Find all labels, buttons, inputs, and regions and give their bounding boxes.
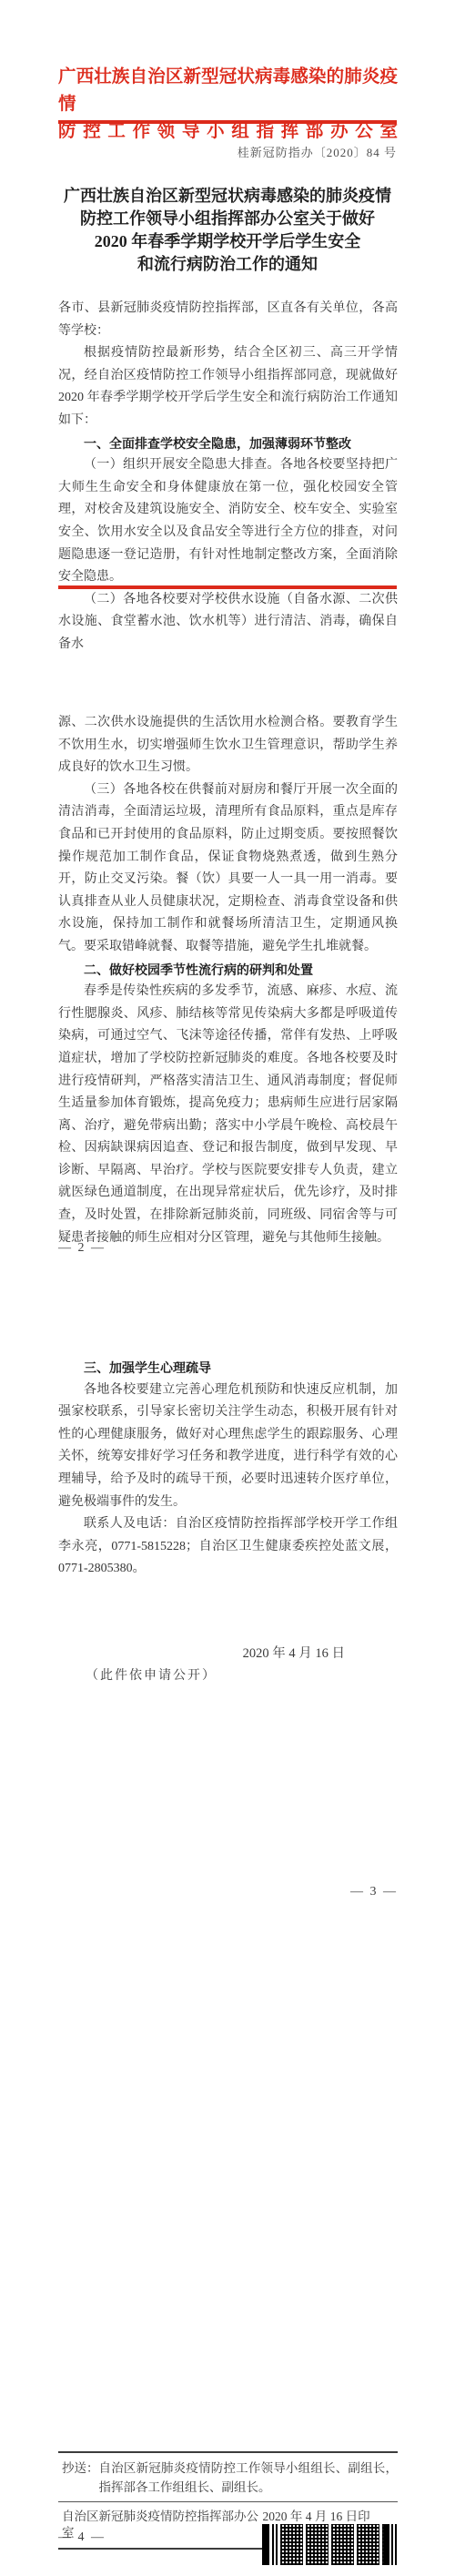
disclosure-note: （此件依申请公开） (86, 1665, 217, 1684)
cc-row: 抄送： 自治区新冠肺炎疫情防控工作领导小组组长、副组长，指挥部各工作组组长、副组… (58, 2453, 398, 2501)
paragraph-3-1: 各地各校要建立完善心理危机预防和快速反应机制，加强家校联系，引导家长密切关注学生… (58, 1380, 398, 1514)
masthead-org-line1: 广西壮族自治区新型冠状病毒感染的肺炎疫情 (58, 64, 398, 118)
cc-text: 自治区新冠肺炎疫情防控工作领导小组组长、副组长，指挥部各工作组组长、副组长。 (99, 2459, 399, 2497)
title-line-4: 和流行病防治工作的通知 (36, 253, 419, 276)
masthead-org-name: 广西壮族自治区新型冠状病毒感染的肺炎疫情 防控工作领导小组指挥部办公室 (58, 64, 398, 146)
official-notice-document: 广西壮族自治区新型冠状病毒感染的肺炎疫情 防控工作领导小组指挥部办公室 桂新冠防… (0, 0, 455, 2576)
paragraph-1-2-part1: （二）各地各校要对学校供水设施（自备水源、二次供水设施、食堂蓄水池、饮水机等）进… (58, 589, 398, 657)
contact-paragraph: 联系人及电话：自治区疫情防控指挥部学校开学工作组李永亮，0771-5815228… (58, 1513, 398, 1581)
page-number-2: — 2 — (58, 1241, 106, 1256)
document-title: 广西壮族自治区新型冠状病毒感染的肺炎疫情 防控工作领导小组指挥部办公室关于做好 … (36, 185, 419, 276)
barcode-data-pattern (280, 2524, 384, 2565)
salutation: 各市、县新冠肺炎疫情防控指挥部，区直各有关单位，各高等学校： (58, 298, 398, 342)
paragraph-1-2-part2: 源、二次供水设施提供的生活饮用水检测合格。要教育学生不饮用生水，切实增强师生饮水… (58, 712, 398, 779)
intro-paragraph: 根据疫情防控最新形势，结合全区初三、高三开学情况，经自治区疫情防控工作领导小组指… (58, 342, 398, 432)
barcode-start-pattern (262, 2524, 280, 2565)
masthead-red-rule (58, 120, 397, 124)
section-3-heading: 三、加强学生心理疏导 (58, 1357, 398, 1380)
section-2-heading: 二、做好校园季节性流行病的研判和处置 (58, 959, 398, 982)
page-number-3: — 3 — (58, 1885, 398, 1899)
page-3-body: 三、加强学生心理疏导 各地各校要建立完善心理危机预防和快速反应机制，加强家校联系… (58, 1357, 398, 1581)
doc-number: 桂新冠防指办〔2020〕84 号 (58, 143, 397, 160)
page-1-red-border-rule (58, 585, 397, 589)
title-line-1: 广西壮族自治区新型冠状病毒感染的肺炎疫情 (36, 185, 419, 208)
page-number-4: — 4 — (58, 2530, 106, 2545)
paragraph-2-1: 春季是传染性疾病的多发季节，流感、麻疹、水痘、流行性腮腺炎、风疹、肺结核等常见传… (58, 981, 398, 1249)
barcode-stop-pattern (384, 2524, 400, 2565)
cc-label: 抄送： (62, 2459, 99, 2497)
page-1-body: 各市、县新冠肺炎疫情防控指挥部，区直各有关单位，各高等学校： 根据疫情防控最新形… (58, 298, 398, 657)
paragraph-1-3: （三）各地各校在供餐前对厨房和餐厅开展一次全面的清洁消毒，全面清运垃圾，清理所有… (58, 779, 398, 959)
title-line-2: 防控工作领导小组指挥部办公室关于做好 (36, 208, 419, 230)
title-line-3: 2020 年春季学期学校开学后学生安全 (36, 230, 419, 253)
paragraph-1-1: （一）组织开展安全隐患大排查。各地各校要坚持把广大师生生命安全和身体健康放在第一… (58, 454, 398, 589)
issue-date: 2020 年 4 月 16 日 (58, 1643, 398, 1662)
page-2-body: 源、二次供水设施提供的生活饮用水检测合格。要教育学生不饮用生水，切实增强师生饮水… (58, 712, 398, 1249)
document-barcode-icon (262, 2524, 400, 2565)
section-1-heading: 一、全面排查学校安全隐患，加强薄弱环节整改 (58, 433, 398, 455)
